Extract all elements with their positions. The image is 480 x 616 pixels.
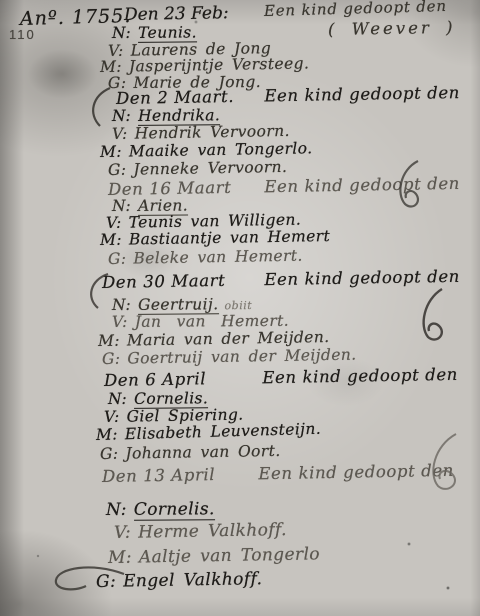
field-label: N: [106, 500, 127, 520]
field-label: N: [112, 24, 131, 42]
field-label: M: [100, 143, 122, 161]
field-label: N: [112, 296, 131, 314]
field-label: V: [112, 125, 128, 143]
mother-name: Bastiaantje van Hemert [129, 227, 331, 249]
field-line: N:Geertruij.obiit [112, 295, 252, 314]
mother-name: Aaltje van Tongerlo [139, 544, 320, 567]
pen-flourish [414, 286, 450, 346]
entry-heading: Een kind gedoopt den [264, 174, 460, 196]
field-label: N: [108, 390, 127, 408]
witness-name: Jenneke Vervoorn. [133, 158, 287, 179]
field-label: M: [108, 548, 132, 568]
entry-date: Den 6 April [104, 369, 206, 390]
witness-name: Beleke van Hemert. [133, 247, 303, 268]
field-line: G:Beleke van Hemert. [108, 247, 303, 268]
field-label: M: [98, 332, 120, 350]
pen-flourish [86, 86, 112, 128]
field-label: M: [100, 231, 122, 249]
field-label: G: [102, 350, 121, 368]
manuscript-page: Anº. 1755. 110 Den 23 Feb: Een kind gedo… [0, 0, 480, 616]
pen-flourish [422, 430, 466, 496]
pen-flourish [84, 272, 110, 310]
occupation-note: ( Weever ) [328, 18, 456, 39]
witness-name: Engel Valkhoff. [123, 569, 263, 591]
entry-date: Den 2 Maart. [116, 87, 234, 108]
pen-flourish [52, 566, 126, 594]
field-line: N:Teunis. [112, 23, 197, 42]
field-line: G:Johanna van Oort. [100, 442, 281, 463]
witness-name: Johanna van Oort. [125, 442, 281, 463]
field-line: M:Bastiaantje van Hemert [100, 227, 330, 249]
entry-date-line: Den 30 Maart Een kind gedoopt den [102, 267, 460, 292]
field-label: G: [100, 445, 119, 463]
entry-date: Den 23 Feb: [124, 3, 229, 25]
field-line: N:Cornelis. [106, 499, 215, 520]
field-label: V: [106, 214, 122, 232]
field-line: N:Hendrika. [112, 106, 220, 125]
entry-heading: Een kind gedoopt den [264, 83, 460, 105]
field-label: G: [108, 250, 127, 268]
father-name: Herme Valkhoff. [138, 520, 287, 543]
entry-date-line: Den 13 April Een kind gedoopt den [102, 461, 454, 486]
field-line: G:Jenneke Vervoorn. [108, 158, 288, 179]
entry-heading: Een kind gedoopt den [264, 0, 447, 20]
field-label: G: [108, 161, 127, 179]
entry-heading: Een kind gedoopt den [262, 365, 458, 387]
pen-flourish [392, 158, 426, 212]
field-label: M: [96, 425, 118, 444]
field-label: N: [112, 197, 131, 215]
child-name: Cornelis. [134, 499, 215, 521]
field-label: V: [104, 408, 120, 426]
father-name: Jan van Hemert. [135, 312, 290, 331]
witness-name: Goertruij van der Meijden. [127, 346, 356, 368]
field-line: V:Herme Valkhoff. [114, 520, 287, 543]
field-line: M:Aaltje van Tongerlo [108, 544, 320, 568]
field-line: G:Goertruij van der Meijden. [102, 346, 357, 368]
field-label: N: [112, 107, 131, 125]
field-label: V: [114, 523, 131, 543]
field-label: V: [112, 313, 128, 331]
entry-date-line: Den 6 April Een kind gedoopt den [104, 365, 458, 390]
entry-date: Den 13 April [102, 465, 216, 486]
obiit-note: obiit [224, 299, 252, 312]
field-line: N:Cornelis. [108, 389, 208, 408]
page-number: 110 [9, 27, 36, 42]
entry-date: Den 30 Maart [102, 271, 226, 292]
